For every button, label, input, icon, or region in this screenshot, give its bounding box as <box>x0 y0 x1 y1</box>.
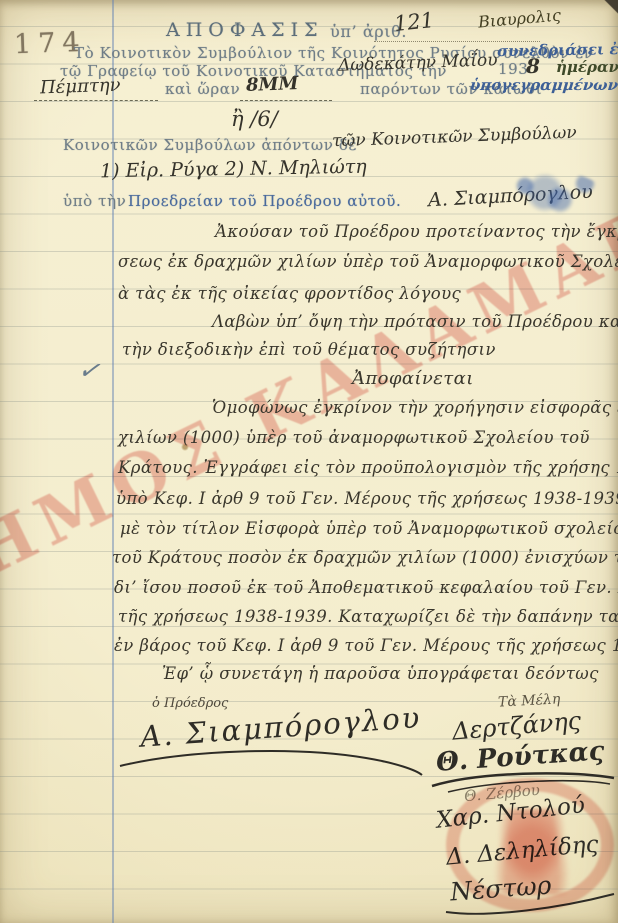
preamble-line5b: Προεδρείαν τοῦ Προέδρου αὐτοῦ. <box>128 192 401 210</box>
body-line: ἐν βάρος τοῦ Κεφ. Ι ἀρθ 9 τοῦ Γεν. Μέρου… <box>114 636 618 655</box>
hour-underline <box>240 99 332 101</box>
members-label: Τὰ Μέλη <box>498 691 561 710</box>
preamble-line5a: ὑπὸ τὴν <box>63 192 126 210</box>
absent-intro-handwritten: τῶν Κοινοτικῶν Συμβούλων <box>332 123 577 152</box>
signed-word-blue-overwrite: ὑπογεγραμμένων <box>469 76 618 94</box>
councillor-count-note: ἢ /6/ <box>231 107 278 131</box>
body-line: Ὁμοφώνως ἐγκρίνον τὴν χορήγησιν εἰσφορᾶς… <box>212 398 618 417</box>
decision-number-handwritten: 121 <box>393 8 435 36</box>
preamble-line4: Κοινοτικῶν Συμβούλων ἀπόντων δὲ <box>63 136 357 154</box>
decision-heading: ΑΠΟΦΑΣΙΣ <box>166 19 324 41</box>
body-line: τὴν διεξοδικὴν ἐπὶ τοῦ θέματος συζήτησιν <box>122 340 496 359</box>
body-line-decision-word: Ἀποφαίνεται <box>352 368 474 389</box>
body-line: μὲ τὸν τίτλον Εἰσφορὰ ὑπὲρ τοῦ Ἀναμορφωτ… <box>120 519 618 538</box>
day-word-stamped: ἡμέραν <box>556 58 618 76</box>
body-line: ὰ τὰς ἐκ τῆς οἰκείας φροντίδος λόγους <box>118 284 461 303</box>
president-signature-flourish <box>116 742 426 780</box>
body-line: ὑπὸ Κεφ. Ι ἀρθ 9 τοῦ Γεν. Μέρους τῆς χρή… <box>116 489 618 508</box>
weekday-underline <box>34 99 158 101</box>
absent-members-handwritten: 1) Εἰρ. Ρύγα 2) Ν. Μηλιώτη <box>100 156 367 183</box>
body-line: σεως ἐκ δραχμῶν χιλίων ὑπὲρ τοῦ Ἀναμορφω… <box>118 252 618 271</box>
session-date-handwritten: Δωδεκάτην Μαΐου <box>338 50 498 76</box>
preamble-line3a: καὶ ὥραν <box>165 80 240 98</box>
weekday-handwritten: Πέμπτην <box>40 75 121 99</box>
body-line: τοῦ Κράτους ποσὸν ἐκ δραχμῶν χιλίων (100… <box>112 548 618 567</box>
body-line: Ἀκούσαν τοῦ Προέδρου προτείναντος τὴν ἔγ… <box>215 222 618 241</box>
body-line-closing: Ἐφ’ ᾧ συνετάγη ἡ παροῦσα ὑπογράφεται δεό… <box>162 664 599 683</box>
president-label: ὁ Πρόεδρος <box>152 696 228 711</box>
red-circular-seal <box>446 778 614 912</box>
scan-corner-shadow <box>584 0 618 40</box>
margin-check-mark: ✓ <box>76 355 102 388</box>
year-digit-handwritten: 8 <box>526 54 540 78</box>
blue-ink-stamp-smudge <box>505 172 605 218</box>
corner-registry-note: Βιαυρολις <box>477 5 561 31</box>
body-line: τῆς χρήσεως 1938-1939. Καταχωρίζει δὲ τὴ… <box>118 607 618 626</box>
seal-emblem <box>493 809 571 895</box>
body-line: δι’ ἴσου ποσοῦ ἐκ τοῦ Ἀποθεματικοῦ κεφαλ… <box>114 578 618 597</box>
body-line: χιλίων (1000) ὑπὲρ τοῦ ἀναμορφωτικοῦ Σχο… <box>118 428 590 447</box>
scanned-document-page: ΔΗΜΟΣ ΚΑΛΑΜΑΡΙΑΣ 174 ΑΠΟΦΑΣΙΣ ὑπ’ ἀριθ. … <box>0 0 618 923</box>
body-line: Λαβὼν ὑπ’ ὄψη τὴν πρότασιν τοῦ Προέδρου … <box>212 312 618 331</box>
hour-handwritten: 8ΜΜ <box>246 73 299 96</box>
body-line: Κράτους. Ἐγγράφει εἰς τὸν προϋπολογισμὸν… <box>118 458 618 477</box>
